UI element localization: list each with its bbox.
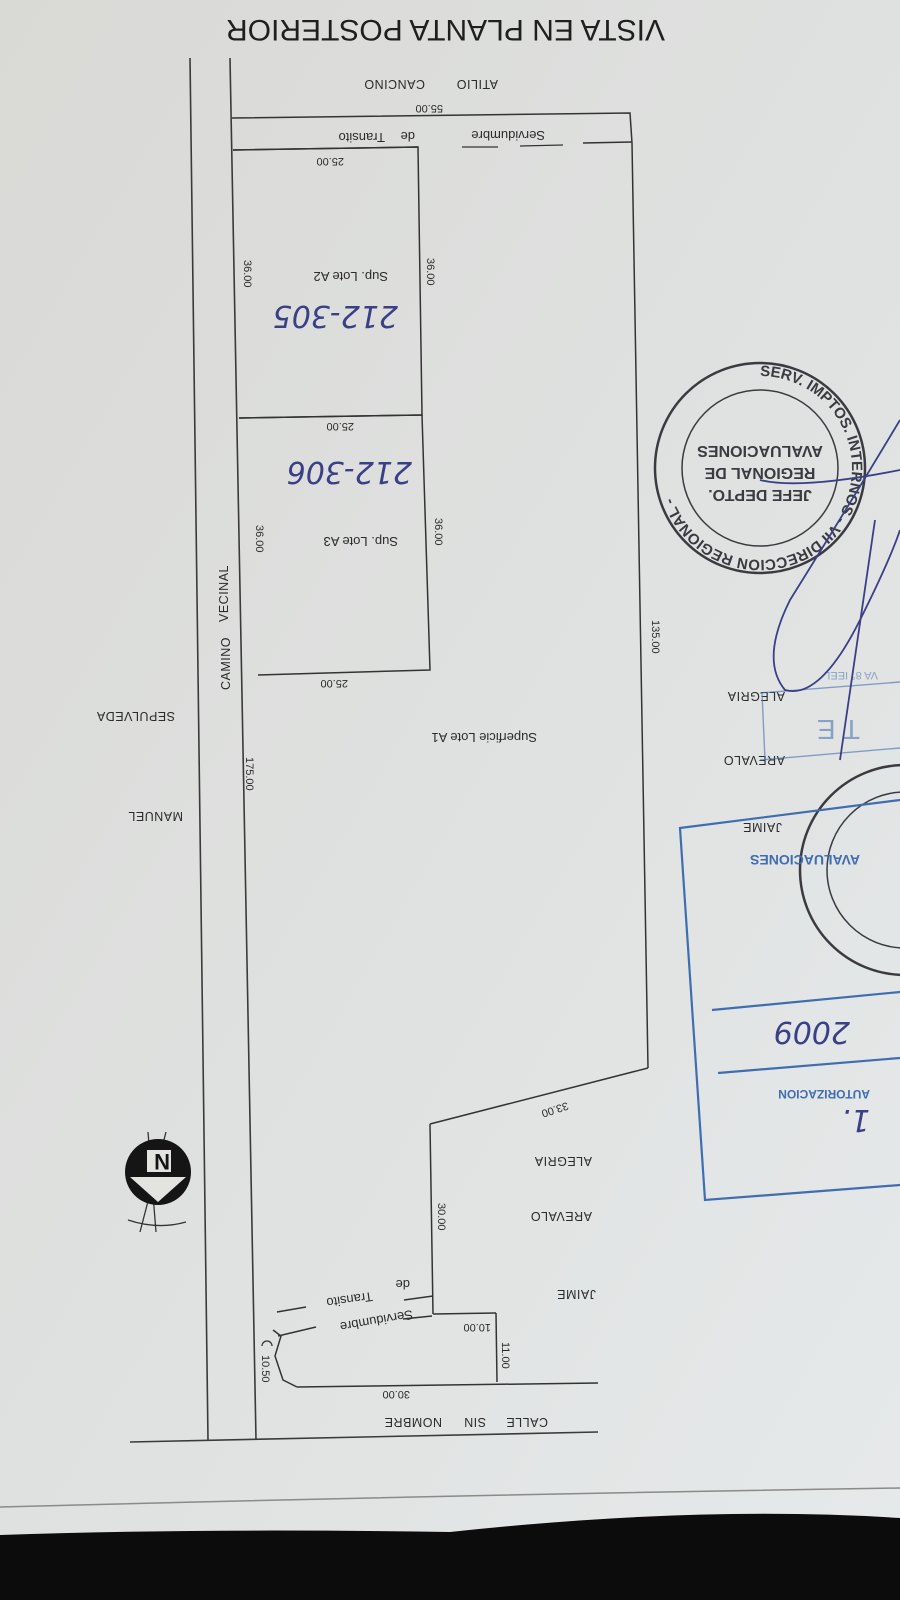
authorization-handwritten-mark: 1.: [841, 1102, 870, 1137]
svg-text:ATILIO: ATILIO: [456, 77, 498, 91]
lot-a3-label: Sup. Lote A3: [324, 534, 398, 549]
label-manuel: MANUEL: [128, 809, 183, 823]
svg-text:SIN: SIN: [464, 1415, 486, 1429]
lot-a2-handwritten-number: 212-305: [273, 298, 398, 333]
svg-text:AREVALO: AREVALO: [530, 1209, 592, 1223]
dim-corner: 10.50: [259, 1355, 271, 1383]
svg-text:NOMBRE: NOMBRE: [384, 1415, 442, 1429]
document-title: VISTA EN PLANTA POSTERIOR: [226, 13, 665, 46]
svg-text:VISTA EN PLANTA POSTERIOR: VISTA EN PLANTA POSTERIOR: [226, 13, 665, 46]
label-calle-sin-nombre: CALLE SIN NOMBRE: [384, 1415, 548, 1429]
authorization-label: AUTORIZACION: [778, 1087, 870, 1101]
dim-notch-horizontal: 10.00: [463, 1321, 491, 1333]
svg-text:REGIONAL DE: REGIONAL DE: [704, 464, 815, 481]
svg-text:de: de: [401, 129, 415, 144]
dim-notch-small: 11.00: [499, 1342, 511, 1369]
lot-a2-label: Sup. Lote A2: [314, 269, 388, 284]
authorization-org-text: AVALUACIONES: [750, 852, 860, 868]
dim-east-side: 135.00: [649, 620, 661, 654]
dim-a3-top: 25.00: [326, 420, 354, 432]
svg-text:AVALUACIONES: AVALUACIONES: [697, 442, 823, 459]
svg-text:Servidumbre: Servidumbre: [471, 128, 545, 143]
lot-a1-label: Superficie Lote A1: [431, 730, 537, 745]
dim-bottom-width: 30.00: [382, 1388, 410, 1400]
svg-text:JAIME: JAIME: [557, 1287, 596, 1301]
svg-text:AREVALO: AREVALO: [723, 753, 785, 767]
svg-text:JAIME: JAIME: [743, 820, 782, 834]
lot-a3-handwritten-number: 212-306: [287, 454, 412, 489]
authorization-partial-letters: T E: [817, 714, 860, 745]
dim-a2-left: 36.00: [241, 260, 253, 288]
dim-top-width: 55.00: [415, 102, 443, 114]
svg-text:N: N: [154, 1149, 170, 1174]
svg-text:JEFE DEPTO.: JEFE DEPTO.: [708, 486, 812, 503]
dim-a2-top: 25.00: [316, 155, 344, 167]
dim-a2-right: 36.00: [424, 258, 436, 286]
svg-text:CALLE: CALLE: [506, 1415, 548, 1429]
svg-text:CAMINO: CAMINO: [219, 637, 233, 690]
svg-text:VECINAL: VECINAL: [217, 565, 231, 622]
label-sepulveda: SEPULVEDA: [96, 709, 175, 723]
survey-plan-sheet: VISTA EN PLANTA POSTERIOR: [0, 0, 900, 1600]
dim-a3-right: 36.00: [432, 518, 444, 546]
dim-notch-vertical: 30.00: [435, 1203, 447, 1231]
dim-a3-bottom: 25.00: [320, 677, 348, 689]
svg-text:CANCINO: CANCINO: [364, 77, 425, 91]
svg-text:Transito: Transito: [339, 130, 385, 145]
svg-text:de: de: [396, 1277, 410, 1292]
svg-text:ALEGRIA: ALEGRIA: [534, 1154, 592, 1168]
dim-west-side: 175.00: [243, 757, 255, 791]
dim-a3-left: 36.00: [253, 525, 265, 553]
authorization-year: 2009: [774, 1014, 850, 1049]
